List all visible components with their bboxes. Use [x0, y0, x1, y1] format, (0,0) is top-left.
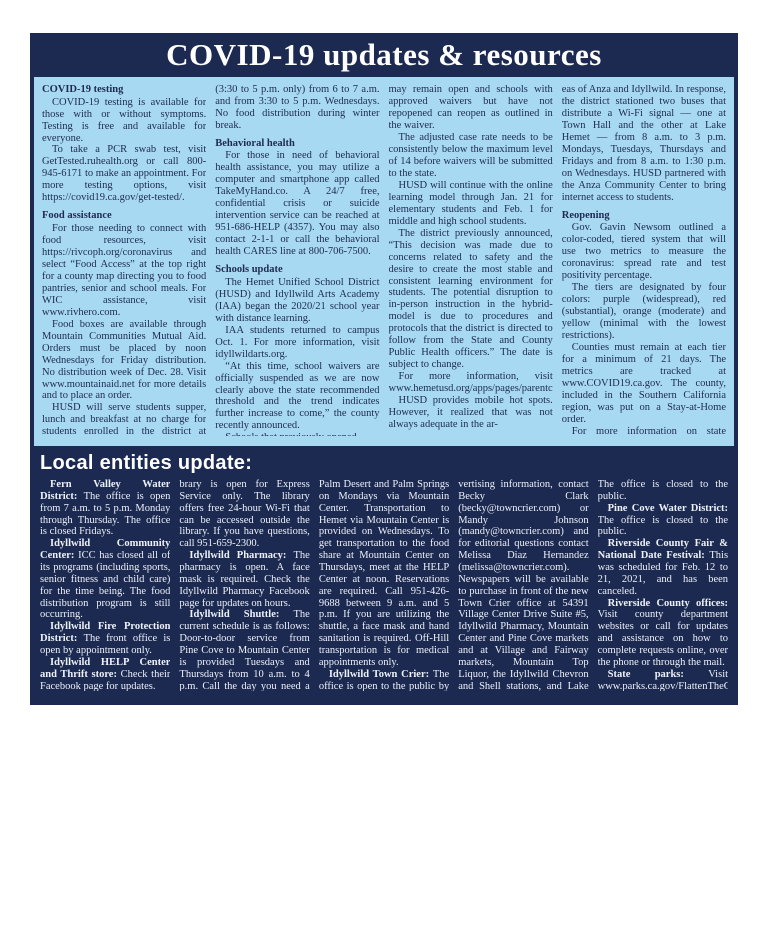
article-paragraph: eas of Anza and Idyllwild. In response, … — [562, 84, 726, 204]
entity-paragraph: brary is open for Express Service only. … — [179, 479, 309, 550]
article-column: eas of Anza and Idyllwild. In response, … — [562, 84, 726, 436]
article-paragraph: COVID-19 testing is available for those … — [42, 97, 206, 145]
entity-name: Idyllwild Shuttle: — [189, 609, 293, 620]
section-heading: Food assistance — [42, 210, 206, 223]
entity-name: Fern Valley Water District: — [40, 479, 170, 502]
section-heading: COVID-19 testing — [42, 84, 206, 97]
covid-flyer: COVID-19 updates & resources COVID-19 te… — [30, 33, 738, 705]
entity-name: Riverside County offices: — [608, 598, 728, 609]
article-paragraph: For more information on state guidance, … — [562, 426, 726, 436]
flyer-header: COVID-19 updates & resources — [30, 33, 738, 77]
page-title: COVID-19 updates & resources — [166, 37, 602, 73]
article-paragraph: The tiers are designated by four colors:… — [562, 282, 726, 342]
article-column: (3:30 to 5 p.m. only) from 6 to 7 a.m. a… — [215, 84, 379, 436]
article-paragraph: The Hemet Unified School District (HUSD)… — [215, 277, 379, 325]
article-paragraph: “At this time, school waivers are offici… — [215, 361, 379, 433]
main-columns: COVID-19 testingCOVID-19 testing is avai… — [42, 84, 726, 436]
entity-paragraph: State parks: Visit www.parks.ca.gov/Flat… — [598, 669, 728, 691]
article-paragraph: For those in need of behavioral health a… — [215, 150, 379, 258]
article-paragraph: The adjusted case rate needs to be consi… — [389, 132, 553, 180]
entity-name: State parks: — [608, 669, 709, 680]
main-panel: COVID-19 testingCOVID-19 testing is avai… — [34, 77, 734, 446]
article-column: may remain open and schools with approve… — [389, 84, 553, 436]
entity-name: Pine Cove Water District: — [608, 503, 728, 514]
entity-name: Idyllwild Fire Protection District: — [40, 621, 170, 644]
entity-paragraph: Idyllwild HELP Center and Thrift store: … — [40, 657, 170, 691]
entity-name: Idyllwild HELP Center and Thrift store: — [40, 657, 170, 680]
article-paragraph: The district previously announced, “This… — [389, 228, 553, 372]
local-section: Local entities update: Fern Valley Water… — [30, 446, 738, 705]
entity-paragraph: Fern Valley Water District: The office i… — [40, 479, 170, 538]
section-heading: Schools update — [215, 264, 379, 277]
entity-column: brary is open for Express Service only. … — [179, 479, 309, 691]
entity-column: vertising information, contact Becky Cla… — [458, 479, 588, 691]
entity-column: The office is closed to the public.Pine … — [598, 479, 728, 691]
article-paragraph: For those needing to connect with food r… — [42, 223, 206, 319]
article-paragraph: Counties must remain at each tier for a … — [562, 342, 726, 426]
entity-column: Palm Desert and Palm Springs on Mondays … — [319, 479, 449, 691]
article-paragraph: Food boxes are available through Mountai… — [42, 319, 206, 403]
entity-name: Riverside County Fair & National Date Fe… — [598, 538, 728, 561]
entity-paragraph: Idyllwild Shuttle: The current schedule … — [179, 609, 309, 691]
article-paragraph: To take a PCR swab test, visit GetTested… — [42, 144, 206, 204]
entity-paragraph: The office is closed to the public. — [598, 479, 728, 503]
entity-paragraph: Idyllwild Community Center: ICC has clos… — [40, 538, 170, 621]
article-paragraph: (3:30 to 5 p.m. only) from 6 to 7 a.m. a… — [215, 84, 379, 132]
entity-paragraph: Pine Cove Water District: The office is … — [598, 503, 728, 539]
article-paragraph: IAA students returned to campus Oct. 1. … — [215, 325, 379, 361]
article-paragraph: Schools that previously opened — [215, 432, 379, 436]
entity-paragraph: Idyllwild Pharmacy: The pharmacy is open… — [179, 550, 309, 609]
article-paragraph: For more information, visit www.hemetusd… — [389, 371, 553, 395]
section-heading: Behavioral health — [215, 138, 379, 151]
entity-paragraph: Palm Desert and Palm Springs on Mondays … — [319, 479, 449, 669]
article-paragraph: HUSD will serve students supper, lunch a… — [42, 402, 206, 436]
entity-paragraph: vertising information, contact Becky Cla… — [458, 479, 588, 691]
entity-column: Fern Valley Water District: The office i… — [40, 479, 170, 691]
entity-paragraph: Riverside County Fair & National Date Fe… — [598, 538, 728, 597]
article-paragraph: HUSD will continue with the online learn… — [389, 180, 553, 228]
article-paragraph: may remain open and schools with approve… — [389, 84, 553, 132]
section-heading: Reopening — [562, 210, 726, 223]
article-paragraph: Gov. Gavin Newsom outlined a color-coded… — [562, 222, 726, 282]
entity-paragraph: Idyllwild Town Crier: The office is open… — [319, 669, 449, 691]
entity-name: Idyllwild Community Center: — [40, 538, 170, 561]
article-paragraph: HUSD provides mobile hot spots. However,… — [389, 395, 553, 431]
entity-name: Idyllwild Town Crier: — [329, 669, 433, 680]
local-columns: Fern Valley Water District: The office i… — [40, 479, 728, 691]
entity-paragraph: Riverside County offices: Visit county d… — [598, 598, 728, 669]
article-column: COVID-19 testingCOVID-19 testing is avai… — [42, 84, 206, 436]
entity-paragraph: Idyllwild Fire Protection District: The … — [40, 621, 170, 657]
entity-name: Idyllwild Pharmacy: — [189, 550, 293, 561]
local-section-title: Local entities update: — [40, 452, 728, 475]
